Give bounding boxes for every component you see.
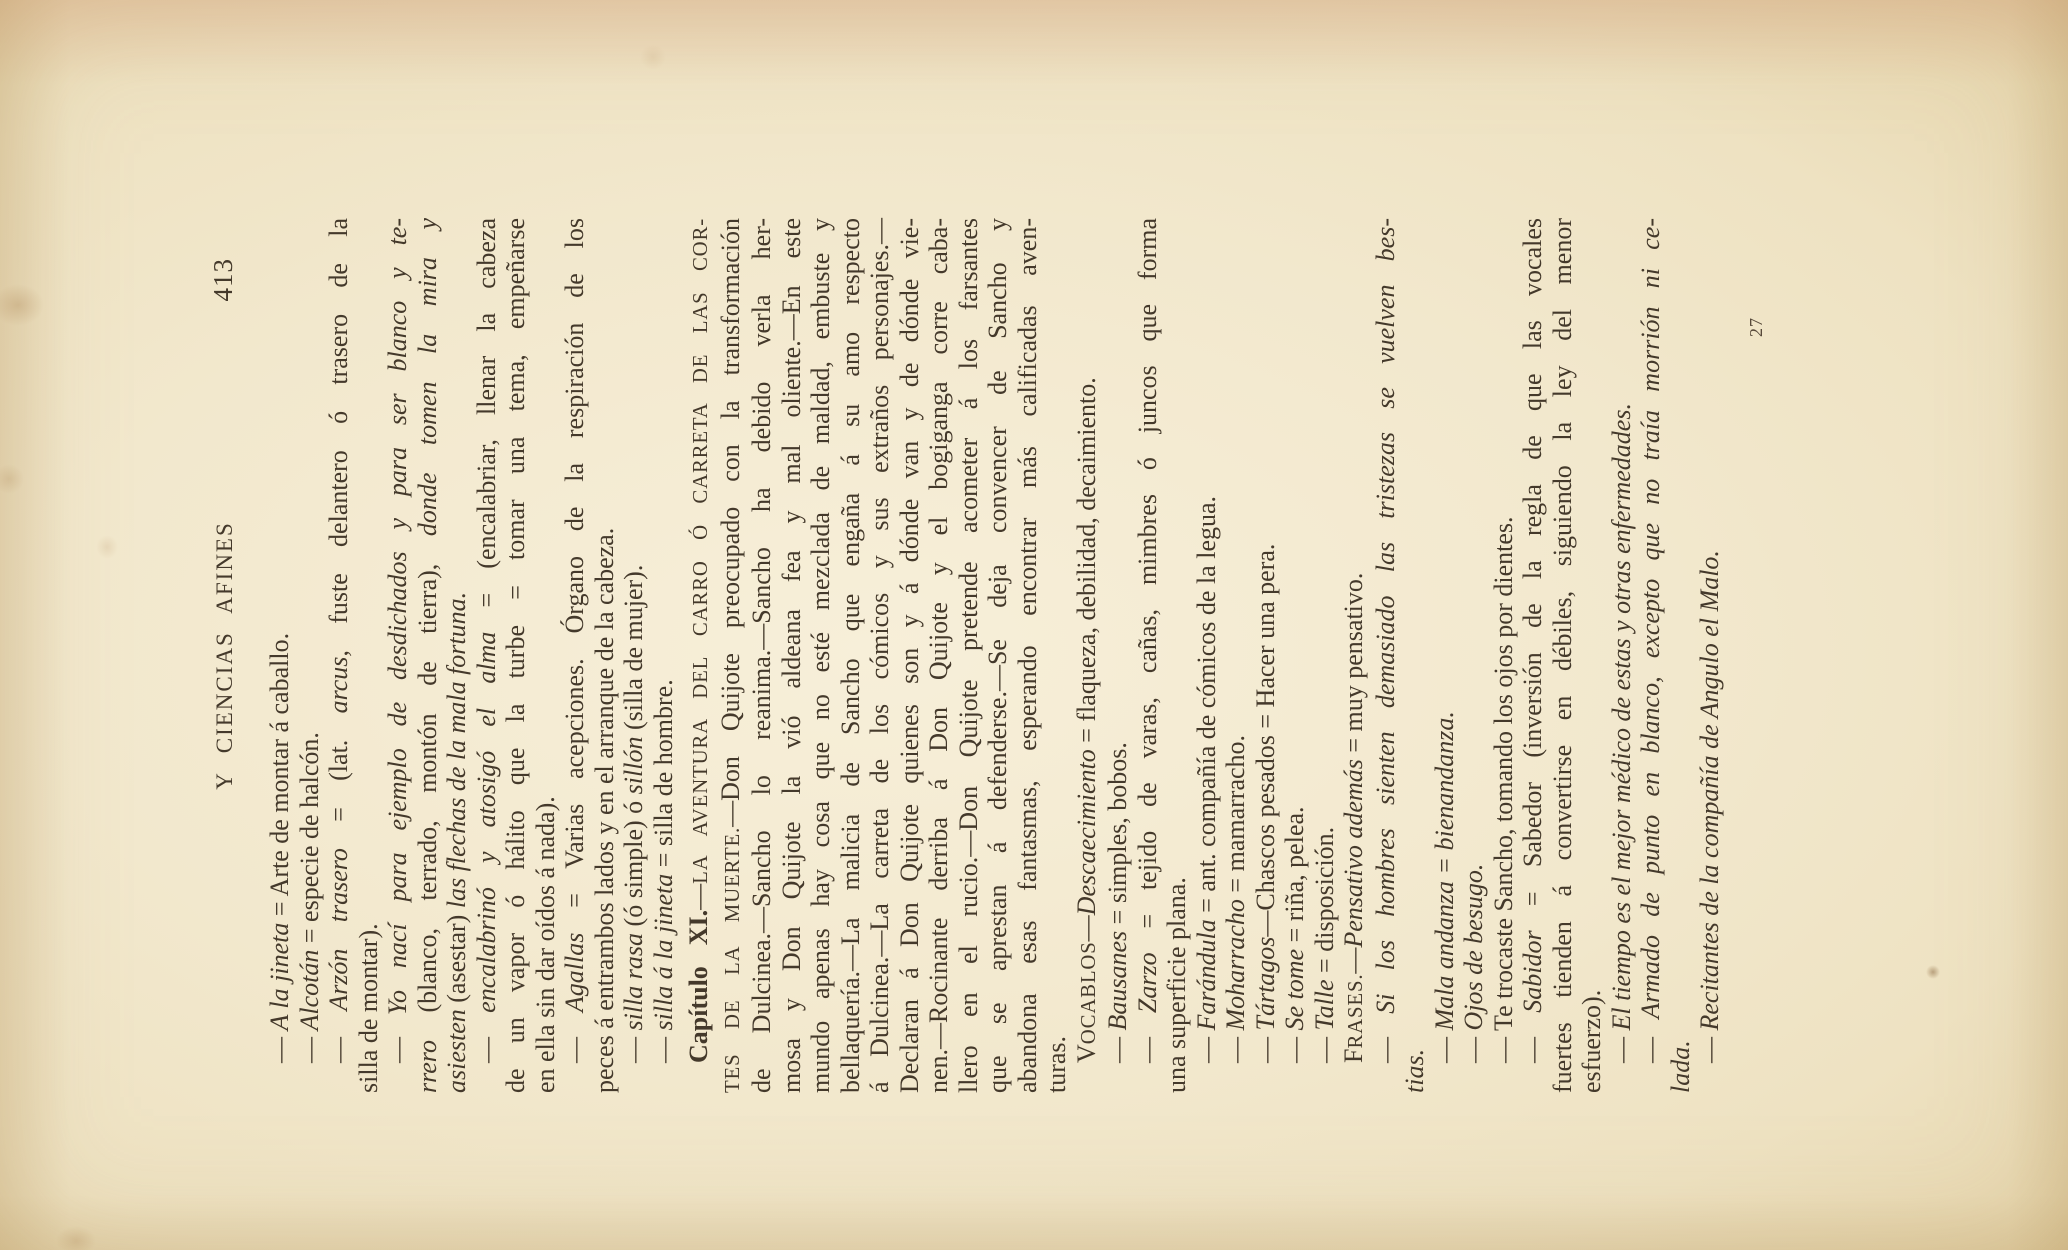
text-line: — Si los hombres sienten demasiado las t… (1371, 218, 1401, 1093)
text-segment: — (1518, 1013, 1547, 1063)
text-segment: (silla de mujer). (619, 565, 648, 737)
text-line: — Te trocaste Sancho, tomando los ojos p… (1489, 218, 1519, 1093)
ink-speck (1926, 965, 1940, 979)
paragraph: — Recitantes de la compañía de Angulo el… (1695, 218, 1725, 1093)
paragraph: — Agallas = Varias acepciones. Órgano de… (560, 218, 619, 1093)
text-line: — Sabidor = Sabedor (inversión de la reg… (1518, 218, 1548, 1093)
paragraph: — encalabrinó y atosigó el alma = (encal… (472, 218, 561, 1093)
text-segment: peces á entrambos lados y en el arranque… (590, 528, 619, 1093)
text-segment: mosa y Don Quijote la vió aldeana fea y … (777, 218, 806, 1093)
paragraph: — Arzón trasero = (lat. arcus, fuste del… (324, 218, 383, 1093)
text-line: — Farándula = ant. compañía de cómicos d… (1192, 218, 1222, 1093)
text-line: — Arzón trasero = (lat. arcus, fuste del… (324, 218, 354, 1093)
text-segment: de un vapor ó hálito que la turbe = toma… (501, 218, 530, 1093)
text-segment: — (1280, 1031, 1309, 1064)
text-segment: — (1251, 1031, 1280, 1064)
page-edge-shading-top (0, 0, 70, 1250)
text-segment: = riña, pelea. (1280, 806, 1309, 948)
text-segment: fuertes tienden á convertirse en débiles… (1548, 218, 1577, 1093)
foxing-stain (640, 44, 666, 70)
text-segment: — (1072, 915, 1101, 941)
text-segment: = simples, bobos. (1103, 742, 1132, 931)
paragraph: — A la jineta = Arte de montar á caballo… (265, 218, 295, 1093)
text-line: — Yo nací para ejemplo de desdichados y … (383, 218, 413, 1093)
text-line: tias. (1400, 218, 1430, 1093)
text-segment: = tejido de varas, cañas, mimbres ó junc… (1133, 218, 1162, 952)
text-segment: = disposición. (1310, 827, 1339, 980)
text-line: fuertes tienden á convertirse en débiles… (1548, 218, 1578, 1093)
text-segment: LA AVENTURA DEL CARRO Ó CARRETA DE LAS C… (689, 218, 712, 884)
text-segment: — (1430, 1031, 1459, 1064)
text-segment: (asestar) (442, 908, 471, 1009)
text-segment: las flechas de la mala fortuna. (442, 592, 471, 908)
text-segment: bellaquería.—La malicia de Sancho que en… (836, 218, 865, 1093)
text-segment: — (619, 1031, 648, 1064)
text-segment: sillón (619, 737, 648, 795)
text-segment: = mamarracho. (1221, 735, 1250, 899)
paragraph: — Moharracho = mamarracho. (1221, 218, 1251, 1093)
text-segment: F (1339, 1049, 1368, 1063)
text-segment: Bausanes (1103, 931, 1132, 1031)
text-segment: — (649, 1031, 678, 1064)
text-line: — silla rasa (ó simple) ó sillón (silla … (619, 218, 649, 1093)
text-line: de un vapor ó hálito que la turbe = toma… (501, 218, 531, 1093)
text-segment: = (encalabriar, llenar la cabeza (472, 218, 501, 632)
paragraph: — Talle = disposición. (1310, 218, 1340, 1093)
paragraph: — Tártagos—Chascos pesados = Hacer una p… (1251, 218, 1281, 1093)
foxing-stain (96, 535, 118, 559)
text-line: que se aprestan á defenderse.—Se deja co… (983, 218, 1013, 1093)
paragraph: — silla á la jineta = silla de hombre. (649, 218, 679, 1093)
text-segment: — (1459, 1031, 1488, 1064)
page-number: 413 (206, 258, 240, 302)
text-segment: — (265, 1031, 294, 1064)
text-line: silla de montar). (354, 218, 384, 1093)
text-segment: Alcotán (295, 950, 324, 1031)
text-segment: = Arte de montar á caballo. (265, 633, 294, 923)
text-segment: V (1072, 1044, 1101, 1063)
text-segment: Tártagos (1251, 937, 1280, 1031)
paragraph: — Bausanes = simples, bobos. (1103, 218, 1133, 1093)
text-segment: = flaqueza, debilidad, decaimiento. (1072, 377, 1101, 749)
text-segment: — Te trocaste Sancho, tomando los ojos p… (1489, 517, 1518, 1064)
foxing-stain (56, 1226, 96, 1250)
text-segment: Agallas (560, 933, 589, 1012)
text-line: — Tártagos—Chascos pesados = Hacer una p… (1251, 218, 1281, 1093)
paragraph: — El tiempo es el mejor médico de estas … (1607, 218, 1637, 1093)
text-segment: á Dulcinea.—La carreta de los cómicos y … (865, 218, 894, 1093)
text-segment: Si los hombres sienten demasiado las tri… (1371, 218, 1400, 1014)
running-title: Y CIENCIAS AFINES (212, 521, 237, 790)
text-line: en ella sin dar oídos á nada). (531, 218, 561, 1093)
text-segment: El tiempo es el mejor médico de estas y … (1607, 403, 1636, 1030)
text-line: — El tiempo es el mejor médico de estas … (1607, 218, 1637, 1093)
text-segment: Mala andanza = bienandanza. (1430, 711, 1459, 1030)
text-segment: Declaran á Don Quijote quienes son y á d… (895, 218, 924, 1093)
text-segment: llero en el rucio.—Don Quijote pretende … (954, 218, 983, 1093)
scanned-page-screenshot: Y CIENCIAS AFINES 413 — A la jineta = Ar… (0, 0, 2068, 1250)
paragraph: Capítulo XI.—LA AVENTURA DEL CARRO Ó CAR… (684, 218, 1072, 1093)
text-segment: tias. (1400, 1049, 1429, 1093)
text-segment: RASES. (1344, 974, 1367, 1049)
text-segment: Recitantes de la compañía de Angulo el M… (1695, 550, 1724, 1030)
text-segment: = (lat. (324, 713, 353, 848)
text-line: TES DE LA MUERTE.—Don Quijote preocupado… (716, 218, 748, 1093)
paragraph: — Se tome = riña, pelea. (1280, 218, 1310, 1093)
text-line: FRASES.—Pensativo además = muy pensativo… (1339, 218, 1371, 1093)
text-segment: (ó simple) ó (619, 794, 648, 933)
text-segment: nen.—Rocinante derriba á Don Quijote y e… (924, 218, 953, 1093)
text-line: — Mala andanza = bienandanza. (1430, 218, 1460, 1093)
paragraph: — Sabidor = Sabedor (inversión de la reg… (1518, 218, 1607, 1093)
text-segment: OCABLOS (1077, 941, 1100, 1044)
text-segment: (blanco, terrado, montón de tierra), (413, 536, 442, 1040)
text-segment: — (560, 1012, 589, 1063)
text-segment: de Dulcinea.—Sancho lo reanima.—Sancho h… (747, 218, 776, 1093)
text-segment: = silla de hombre. (649, 679, 678, 873)
text-segment: mundo apenas hay cosa que no esté mezcla… (806, 218, 835, 1093)
text-segment: — (1310, 1031, 1339, 1064)
paragraph: — silla rasa (ó simple) ó sillón (silla … (619, 218, 649, 1093)
text-segment: turas. (1042, 1036, 1071, 1093)
paragraph: FRASES.—Pensativo además = muy pensativo… (1339, 218, 1371, 1093)
text-segment: = Sabedor (inversión de la regla de que … (1518, 218, 1547, 930)
text-segment: silla á la jineta (649, 874, 678, 1031)
text-line: rrero (blanco, terrado, montón de tierra… (413, 218, 443, 1093)
text-line: — Talle = disposición. (1310, 218, 1340, 1093)
text-line: — Bausanes = simples, bobos. (1103, 218, 1133, 1093)
text-segment: Ojos de besugo. (1459, 864, 1488, 1031)
paragraph: — Armado de punto en blanco, excepto que… (1636, 218, 1695, 1093)
text-segment: — (1695, 1031, 1724, 1064)
text-line: bellaquería.—La malicia de Sancho que en… (836, 218, 866, 1093)
text-segment: silla de montar). (354, 923, 383, 1093)
text-segment: — (383, 1015, 412, 1063)
text-segment: A la jineta (265, 923, 294, 1031)
text-line: asiesten (asestar) las flechas de la mal… (442, 218, 472, 1093)
text-segment: —Chascos pesados = Hacer una pera. (1251, 544, 1280, 937)
text-segment: en ella sin dar oídos á nada). (531, 796, 560, 1093)
text-line: una superficie plana. (1162, 218, 1192, 1093)
text-segment: Arzón trasero (324, 848, 353, 1011)
text-line: — Agallas = Varias acepciones. Órgano de… (560, 218, 590, 1093)
text-line: llero en el rucio.—Don Quijote pretende … (954, 218, 984, 1093)
paragraph: — Alcotán = especie de halcón. (295, 218, 325, 1093)
text-segment: — (1371, 1014, 1400, 1063)
paragraph: VOCABLOS—Descaecimiento = flaqueza, debi… (1072, 218, 1104, 1093)
text-line: peces á entrambos lados y en el arranque… (590, 218, 620, 1093)
paragraph: — Mala andanza = bienandanza. (1430, 218, 1460, 1093)
text-segment: Armado de punto en blanco, excepto que n… (1636, 218, 1665, 1019)
text-segment: Pensativo además (1339, 759, 1368, 947)
text-line: nen.—Rocinante derriba á Don Quijote y e… (924, 218, 954, 1093)
text-segment: Moharracho (1221, 899, 1250, 1030)
text-line: mosa y Don Quijote la vió aldeana fea y … (777, 218, 807, 1093)
text-segment: Capítulo XI. (684, 910, 713, 1063)
text-segment: asiesten (442, 1009, 471, 1093)
foxing-stain (0, 284, 44, 326)
text-segment: TES DE LA MUERTE. (721, 827, 744, 1093)
text-segment: silla rasa (619, 933, 648, 1031)
running-header: Y CIENCIAS AFINES 413 (208, 218, 245, 1093)
text-segment: — (295, 1031, 324, 1064)
text-line: — Armado de punto en blanco, excepto que… (1636, 218, 1666, 1093)
text-segment: = ant. compañía de cómicos de la legua. (1192, 496, 1221, 919)
text-line: á Dulcinea.—La carreta de los cómicos y … (865, 218, 895, 1093)
text-line: — encalabrinó y atosigó el alma = (encal… (472, 218, 502, 1093)
text-line: abandona esas fantasmas, esperando encon… (1013, 218, 1043, 1093)
text-line: VOCABLOS—Descaecimiento = flaqueza, debi… (1072, 218, 1104, 1093)
signature-mark: 27 (1746, 317, 1767, 337)
text-segment: — (1103, 1031, 1132, 1064)
text-line: mundo apenas hay cosa que no esté mezcla… (806, 218, 836, 1093)
book-page: Y CIENCIAS AFINES 413 — A la jineta = Ar… (0, 0, 2068, 1250)
text-segment: donde tomen la mira y (413, 218, 442, 536)
paragraph: — Te trocaste Sancho, tomando los ojos p… (1489, 218, 1519, 1093)
text-segment: rrero (413, 1040, 442, 1093)
paragraph: — Farándula = ant. compañía de cómicos d… (1192, 218, 1222, 1093)
text-line: — Ojos de besugo. (1459, 218, 1489, 1093)
text-line: — Se tome = riña, pelea. (1280, 218, 1310, 1093)
paragraph: — Ojos de besugo. (1459, 218, 1489, 1093)
text-line: — Alcotán = especie de halcón. (295, 218, 325, 1093)
text-segment: Farándula (1192, 919, 1221, 1030)
text-segment: Zarzo (1133, 952, 1162, 1013)
text-segment: fuste delantero ó trasero de la (324, 218, 353, 650)
text-segment: — (1636, 1019, 1665, 1063)
foxing-stain (0, 464, 24, 494)
text-segment: = Varias acepciones. Órgano de la respir… (560, 218, 589, 933)
text-line: Declaran á Don Quijote quienes son y á d… (895, 218, 925, 1093)
page-edge-shading-right (0, 0, 2068, 85)
text-line: — Zarzo = tejido de varas, cañas, mimbre… (1133, 218, 1163, 1093)
text-segment: — (1133, 1013, 1162, 1063)
text-segment: arcus, (324, 650, 353, 713)
text-segment: Yo nací para ejemplo de desdichados y pa… (383, 218, 412, 1015)
text-segment: esfuerzo). (1577, 990, 1606, 1093)
body-text: — A la jineta = Arte de montar á caballo… (265, 218, 1725, 1093)
text-line: — silla á la jineta = silla de hombre. (649, 218, 679, 1093)
text-segment: encalabrinó y atosigó el alma (472, 632, 501, 1013)
text-segment: — (472, 1013, 501, 1063)
text-segment: que se aprestan á defenderse.—Se deja co… (983, 218, 1012, 1093)
text-segment: Sabidor (1518, 930, 1547, 1012)
text-segment: abandona esas fantasmas, esperando encon… (1013, 218, 1042, 1093)
paragraph: — Si los hombres sienten demasiado las t… (1371, 218, 1430, 1093)
text-line: esfuerzo). (1577, 218, 1607, 1093)
text-line: de Dulcinea.—Sancho lo reanima.—Sancho h… (747, 218, 777, 1093)
text-segment: lada. (1666, 1040, 1695, 1093)
text-segment: — (1192, 1031, 1221, 1064)
text-line: Capítulo XI.—LA AVENTURA DEL CARRO Ó CAR… (684, 218, 716, 1093)
text-segment: — (1221, 1031, 1250, 1064)
text-segment: = especie de halcón. (295, 732, 324, 950)
text-line: — A la jineta = Arte de montar á caballo… (265, 218, 295, 1093)
text-segment: = muy pensativo. (1339, 573, 1368, 760)
paragraph: — Yo nací para ejemplo de desdichados y … (383, 218, 472, 1093)
text-segment: — (1339, 948, 1368, 974)
text-segment: Se tome (1280, 949, 1309, 1031)
text-segment: — (684, 884, 713, 910)
text-segment: — (1607, 1031, 1636, 1064)
text-segment: Talle (1310, 979, 1339, 1030)
page-edge-shading-left (0, 1195, 2068, 1250)
text-segment: —Don Quijote preocupado con la transform… (716, 218, 745, 827)
page-edge-shading-bottom (2008, 0, 2068, 1250)
text-segment: Descaecimiento (1072, 749, 1101, 915)
text-segment: — (324, 1011, 353, 1063)
text-line: lada. (1666, 218, 1696, 1093)
text-line: — Recitantes de la compañía de Angulo el… (1695, 218, 1725, 1093)
text-line: — Moharracho = mamarracho. (1221, 218, 1251, 1093)
text-line: turas. (1042, 218, 1072, 1093)
text-segment: una superficie plana. (1162, 877, 1191, 1093)
paragraph: — Zarzo = tejido de varas, cañas, mimbre… (1133, 218, 1192, 1093)
